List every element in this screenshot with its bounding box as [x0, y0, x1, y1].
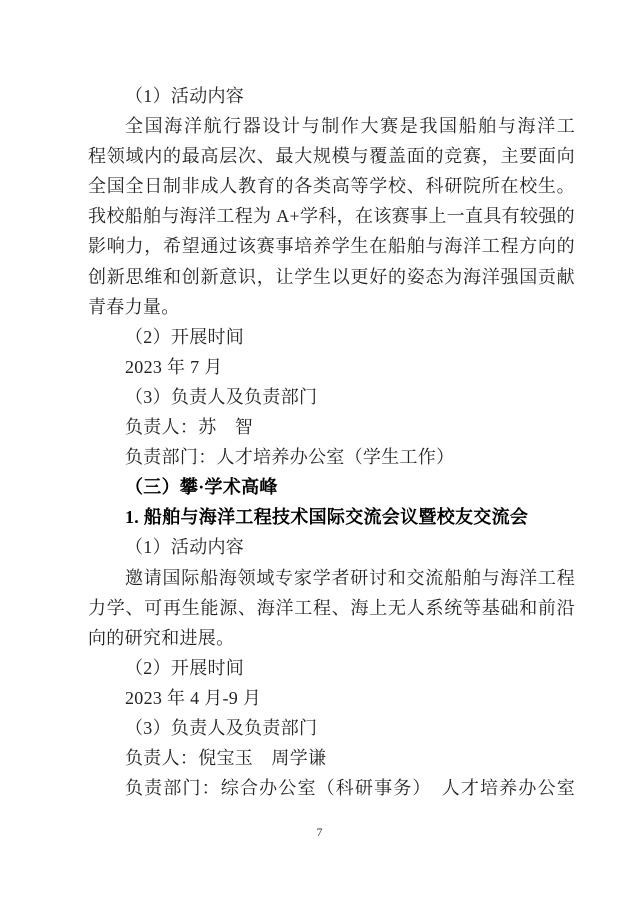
document-line: （2）开展时间 — [88, 322, 575, 352]
document-line: 青春力量。 — [88, 292, 575, 322]
document-heading-line: （三）攀·学术高峰 — [88, 472, 575, 502]
document-line: 我校船舶与海洋工程为 A+学科，在该赛事上一直具有较强的 — [88, 201, 575, 231]
document-line: 影响力，希望通过该赛事培养学生在船舶与海洋工程方向的 — [88, 231, 575, 261]
document-line: 负责人：倪宝玉 周学谦 — [88, 743, 575, 773]
document-page: （1）活动内容全国海洋航行器设计与制作大赛是我国船舶与海洋工程领域内的最高层次、… — [0, 0, 639, 905]
document-line: 2023 年 7 月 — [88, 352, 575, 382]
document-line: （1）活动内容 — [88, 532, 575, 562]
document-body: （1）活动内容全国海洋航行器设计与制作大赛是我国船舶与海洋工程领域内的最高层次、… — [88, 81, 575, 803]
document-line: 创新思维和创新意识，让学生以更好的姿态为海洋强国贡献 — [88, 262, 575, 292]
document-line: （3）负责人及负责部门 — [88, 713, 575, 743]
document-line: 力学、可再生能源、海洋工程、海上无人系统等基础和前沿方 — [88, 593, 575, 623]
document-heading-line: 1. 船舶与海洋工程技术国际交流会议暨校友交流会 — [88, 502, 575, 532]
document-line: 全国海洋航行器设计与制作大赛是我国船舶与海洋工 — [88, 111, 575, 141]
document-line: 程领域内的最高层次、最大规模与覆盖面的竞赛，主要面向 — [88, 141, 575, 171]
page-number: 7 — [0, 824, 639, 840]
document-line: 负责部门：综合办公室（科研事务） 人才培养办公室（教 — [88, 773, 575, 803]
document-line: （2）开展时间 — [88, 653, 575, 683]
document-line: 负责部门：人才培养办公室（学生工作） — [88, 442, 575, 472]
document-line: （3）负责人及负责部门 — [88, 382, 575, 412]
document-line: 邀请国际船海领域专家学者研讨和交流船舶与海洋工程 — [88, 563, 575, 593]
document-line: 全国全日制非成人教育的各类高等学校、科研院所在校生。 — [88, 171, 575, 201]
document-line: 负责人：苏 智 — [88, 412, 575, 442]
document-line: （1）活动内容 — [88, 81, 575, 111]
document-line: 2023 年 4 月-9 月 — [88, 683, 575, 713]
document-line: 向的研究和进展。 — [88, 623, 575, 653]
